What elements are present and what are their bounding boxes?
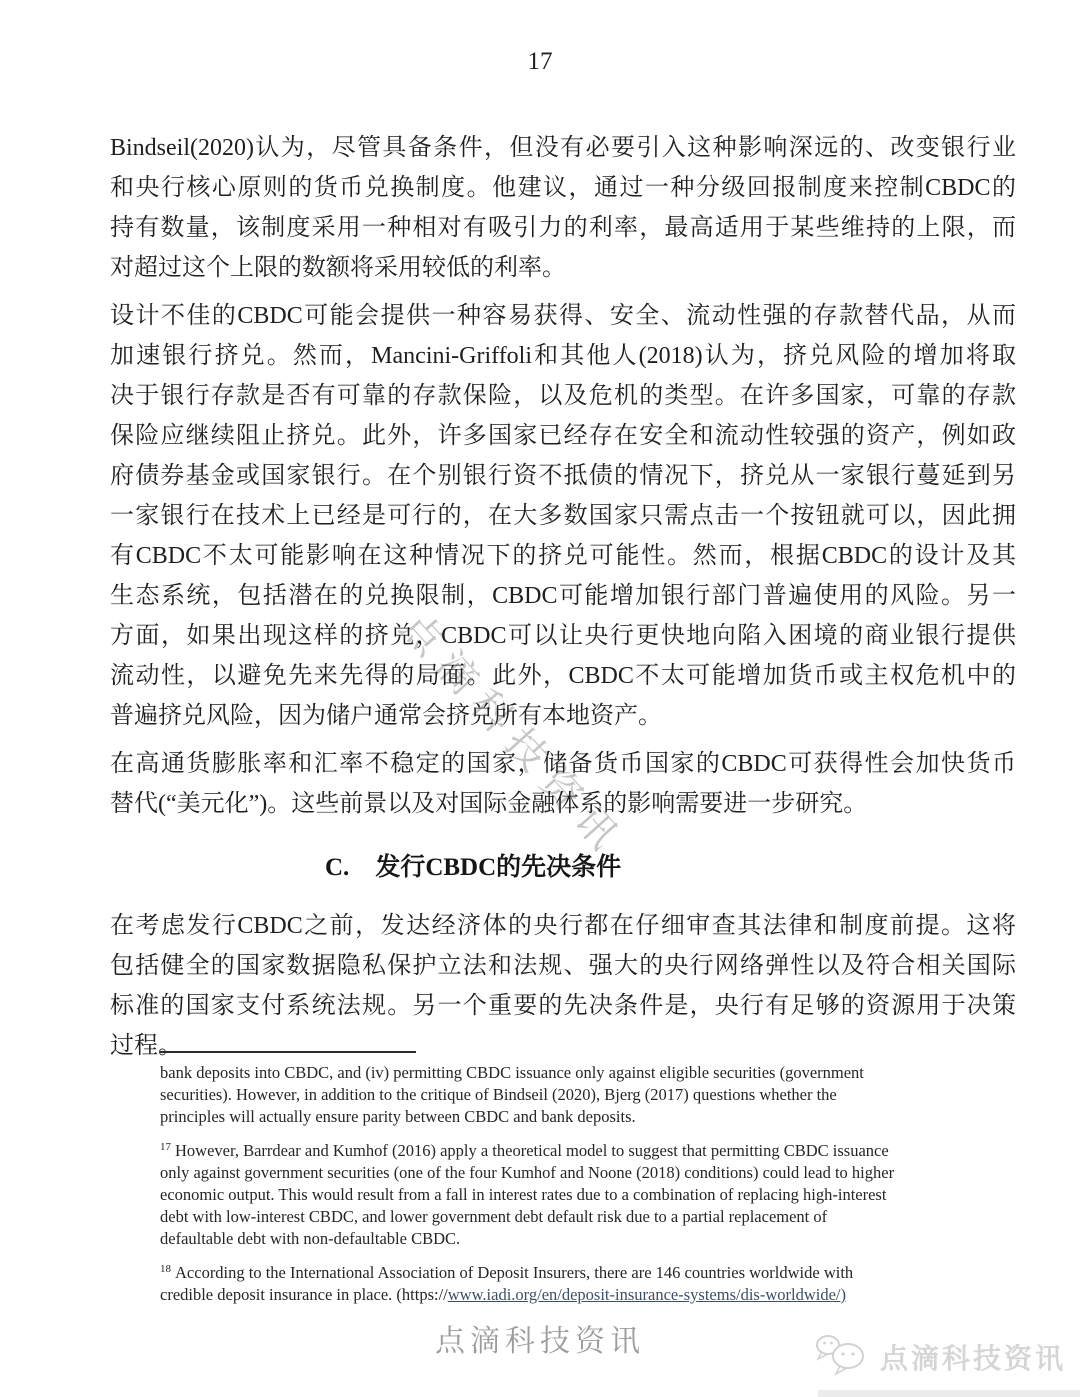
text-line: 对超过这个上限的数额将采用较低的利率。 — [110, 248, 1016, 288]
footnote-continuation: bank deposits into CBDC, and (iv) permit… — [160, 1062, 972, 1128]
footnote-line: defaultable debt with non-defaultable CB… — [160, 1228, 972, 1250]
text-line: 标准的国家支付系统法规。另一个重要的先决条件是，央行有足够的资源用于决策 — [110, 986, 1016, 1026]
text-line: 设计不佳的CBDC可能会提供一种容易获得、安全、流动性强的存款替代品，从而 — [110, 296, 1016, 336]
text-line: 加速银行挤兑。然而，Mancini-Griffoli和其他人(2018)认为，挤… — [110, 336, 1016, 376]
text-line: 有CBDC不太可能影响在这种情况下的挤兑可能性。然而，根据CBDC的设计及其 — [110, 536, 1016, 576]
text-line: 在考虑发行CBDC之前，发达经济体的央行都在仔细审查其法律和制度前提。这将 — [110, 906, 1016, 946]
document-page: 17 点滴科技资讯 Bindseil(2020)认为，尽管具备条件，但没有必要引… — [0, 0, 1080, 1397]
section-title: 发行CBDC的先决条件 — [375, 854, 621, 881]
footnotes-block: bank deposits into CBDC, and (iv) permit… — [160, 1062, 972, 1318]
footnote-text: However, Barrdear and Kumhof (2016) appl… — [175, 1141, 889, 1160]
footnote-line: debt with low-interest CBDC, and lower g… — [160, 1206, 972, 1228]
text-line: 替代(“美元化”)。这些前景以及对国际金融体系的影响需要进一步研究。 — [110, 784, 1016, 824]
footnote-marker: 17 — [160, 1141, 171, 1153]
footnote-line: bank deposits into CBDC, and (iv) permit… — [160, 1062, 972, 1084]
footnote-line: securities). However, in addition to the… — [160, 1084, 972, 1106]
text-line: 和央行核心原则的货币兑换制度。他建议，通过一种分级回报制度来控制CBDC的 — [110, 168, 1016, 208]
text-line: 决于银行存款是否有可靠的存款保险，以及危机的类型。在许多国家，可靠的存款 — [110, 376, 1016, 416]
text-line: 普遍挤兑风险，因为储户通常会挤兑所有本地资产。 — [110, 696, 1016, 736]
text-line: 过程。 — [110, 1026, 1016, 1066]
publisher-logo: 点滴科技资讯 — [812, 1330, 1066, 1383]
footnote-line: only against government securities (one … — [160, 1162, 972, 1184]
footnote-marker: 18 — [160, 1263, 171, 1275]
chat-bubbles-icon — [812, 1330, 872, 1383]
footnote-separator — [160, 1051, 416, 1053]
paragraph-1: Bindseil(2020)认为，尽管具备条件，但没有必要引入这种影响深远的、改… — [110, 128, 1016, 288]
section-letter: C. — [325, 854, 349, 881]
text-line: 一家银行在技术上已经是可行的，在大多数国家只需点击一个按钮就可以，因此拥 — [110, 496, 1016, 536]
footnote-line: 17However, Barrdear and Kumhof (2016) ap… — [160, 1140, 972, 1162]
text-line: 保险应继续阻止挤兑。此外，许多国家已经存在安全和流动性较强的资产，例如政 — [110, 416, 1016, 456]
footnote-text: credible deposit insurance in place. (ht… — [160, 1285, 448, 1304]
text-line: 持有数量，该制度采用一种相对有吸引力的利率，最高适用于某些维持的上限，而 — [110, 208, 1016, 248]
footnote-link[interactable]: www.iadi.org/en/deposit-insurance-system… — [448, 1285, 846, 1304]
paragraph-4: 在考虑发行CBDC之前，发达经济体的央行都在仔细审查其法律和制度前提。这将 包括… — [110, 906, 1016, 1066]
footnote-18: 18According to the International Associa… — [160, 1262, 972, 1306]
text-line: 生态系统，包括潜在的兑换限制，CBDC可能增加银行部门普遍使用的风险。另一 — [110, 576, 1016, 616]
text-line: Bindseil(2020)认为，尽管具备条件，但没有必要引入这种影响深远的、改… — [110, 128, 1016, 168]
text-line: 方面，如果出现这样的挤兑，CBDC可以让央行更快地向陷入困境的商业银行提供 — [110, 616, 1016, 656]
text-line: 在高通货膨胀率和汇率不稳定的国家，储备货币国家的CBDC可获得性会加快货币 — [110, 744, 1016, 784]
text-line: 府债券基金或国家银行。在个别银行资不抵债的情况下，挤兑从一家银行蔓延到另 — [110, 456, 1016, 496]
scan-edge-strip — [818, 1390, 1080, 1397]
main-text-column: Bindseil(2020)认为，尽管具备条件，但没有必要引入这种影响深远的、改… — [110, 128, 1016, 1074]
text-line: 流动性，以避免先来先得的局面。此外，CBDC不太可能增加货币或主权危机中的 — [110, 656, 1016, 696]
page-number: 17 — [0, 48, 1080, 76]
footnote-line: principles will actually ensure parity b… — [160, 1106, 972, 1128]
section-heading: C.发行CBDC的先决条件 — [110, 848, 1016, 888]
footnote-line: 18According to the International Associa… — [160, 1262, 972, 1284]
footnote-text: According to the International Associati… — [175, 1263, 853, 1282]
publisher-logo-text: 点滴科技资讯 — [880, 1337, 1066, 1377]
paragraph-2: 设计不佳的CBDC可能会提供一种容易获得、安全、流动性强的存款替代品，从而 加速… — [110, 296, 1016, 736]
footnote-line: economic output. This would result from … — [160, 1184, 972, 1206]
footnote-line: credible deposit insurance in place. (ht… — [160, 1284, 972, 1306]
text-line: 包括健全的国家数据隐私保护立法和法规、强大的央行网络弹性以及符合相关国际 — [110, 946, 1016, 986]
paragraph-3: 在高通货膨胀率和汇率不稳定的国家，储备货币国家的CBDC可获得性会加快货币 替代… — [110, 744, 1016, 824]
footnote-17: 17However, Barrdear and Kumhof (2016) ap… — [160, 1140, 972, 1250]
